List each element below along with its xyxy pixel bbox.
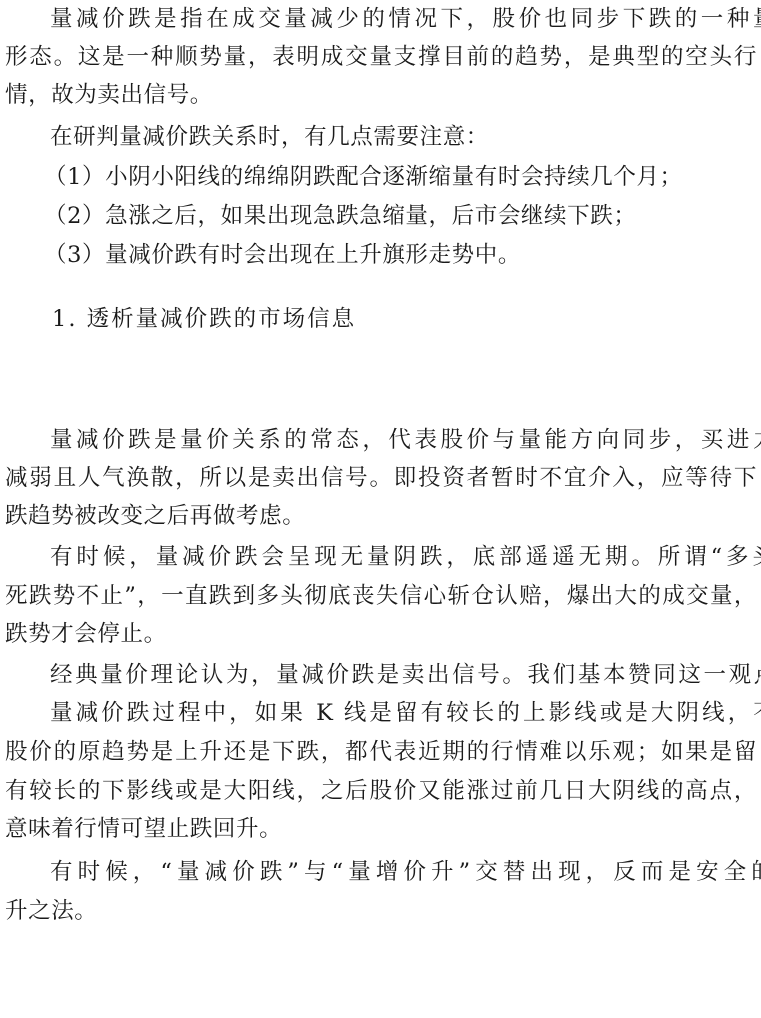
paragraph-1-line-3: 跌趋势被改变之后再做考虑。 [5,501,757,531]
document-page: 量减价跌是指在成交量减少的情况下，股价也同步下跌的一种量价 形态。这是一种顺势量… [0,0,761,1018]
paragraph-4-line-3: 有较长的下影线或是大阳线，之后股价又能涨过前几日大阴线的高点， [5,776,757,806]
paragraph-5-line-2: 升之法。 [5,896,757,926]
paragraph-2-line-2: 死跌势不止”，一直跌到多头彻底丧失信心斩仓认赔，爆出大的成交量， [5,581,757,611]
intro-line-1: 量减价跌是指在成交量减少的情况下，股价也同步下跌的一种量价 [50,4,761,34]
paragraph-5-line-1: 有时候，“量减价跌”与“量增价升”交替出现，反而是安全的上 [50,857,761,887]
intro-line-2: 形态。这是一种顺势量，表明成交量支撑目前的趋势，是典型的空头行 [5,42,757,72]
note-item-2: （2）急涨之后，如果出现急跌急缩量，后市会继续下跌； [44,201,761,231]
paragraph-4-line-4: 意味着行情可望止跌回升。 [5,814,757,844]
paragraph-3-line-1: 经典量价理论认为，量减价跌是卖出信号。我们基本赞同这一观点。 [50,660,761,690]
paragraph-1-line-2: 减弱且人气涣散，所以是卖出信号。即投资者暂时不宜介入，应等待下 [5,463,757,493]
intro-line-3: 情，故为卖出信号。 [5,80,757,110]
paragraph-2-line-3: 跌势才会停止。 [5,619,757,649]
paragraph-2-line-1: 有时候，量减价跌会呈现无量阴跌，底部遥遥无期。所谓“多头不 [50,542,761,572]
section-heading: 1. 透析量减价跌的市场信息 [52,304,761,334]
paragraph-4-line-2: 股价的原趋势是上升还是下跌，都代表近期的行情难以乐观；如果是留 [5,737,757,767]
paragraph-1-line-1: 量减价跌是量价关系的常态，代表股价与量能方向同步，买进力道 [50,425,761,455]
paragraph-4-line-1: 量减价跌过程中，如果 K 线是留有较长的上影线或是大阴线，不论 [50,698,761,728]
note-item-3: （3）量减价跌有时会出现在上升旗形走势中。 [44,240,761,270]
note-item-1: （1）小阴小阳线的绵绵阴跌配合逐渐缩量有时会持续几个月； [44,162,761,192]
notes-intro: 在研判量减价跌关系时，有几点需要注意： [50,122,761,152]
